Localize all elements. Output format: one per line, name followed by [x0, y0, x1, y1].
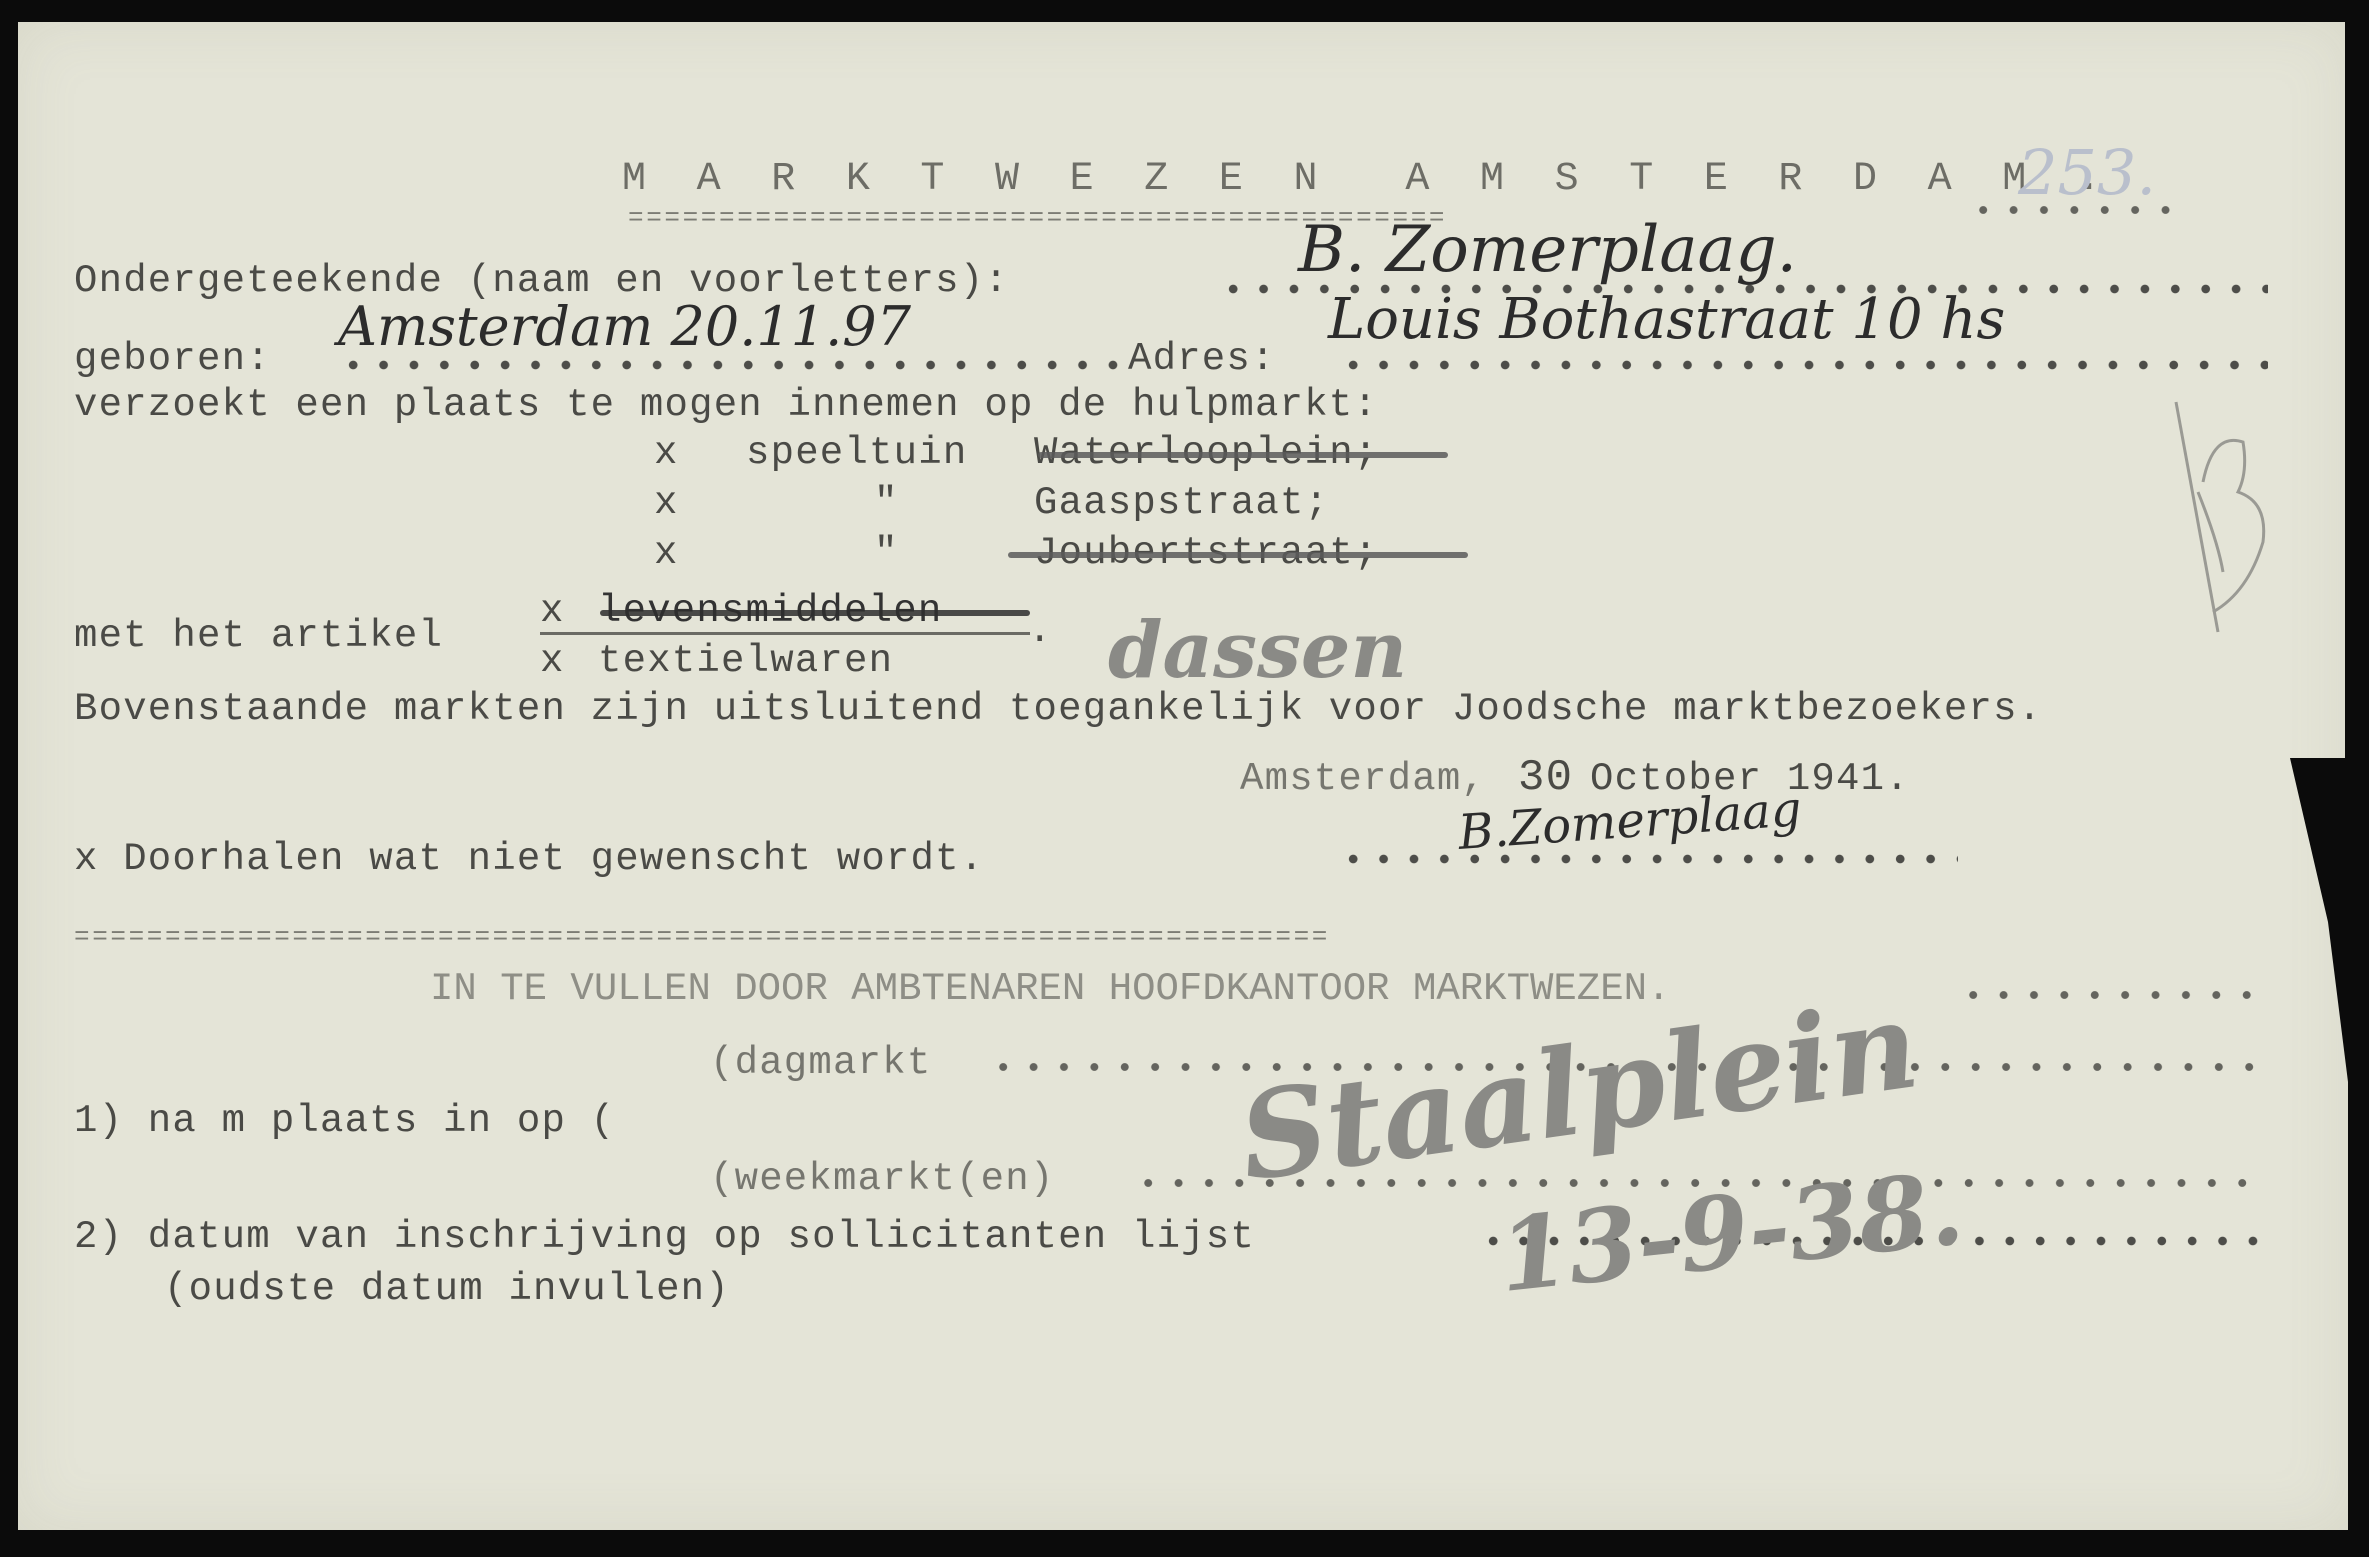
signature[interactable]: B.Zomerplaag: [1457, 785, 1803, 857]
document-paper: M A R K T W E Z E N A M S T E R D A M . …: [18, 22, 2348, 1530]
request-intro: verzoekt een plaats te mogen innemen op …: [74, 386, 1378, 425]
weekmarkt-label: (weekmarkt(en): [710, 1160, 1054, 1199]
born-label: geboren:: [74, 340, 271, 379]
market-1-prefix: speeltuin: [746, 434, 967, 473]
place-label: Amsterdam,: [1240, 760, 1486, 799]
article-2-mark: x: [540, 642, 565, 681]
section-separator: ========================================…: [74, 924, 2274, 950]
strike-note: x Doorhalen wat niet gewenscht wordt.: [74, 840, 984, 879]
office-heading: IN TE VULLEN DOOR AMBTENAREN HOOFDKANTOO…: [430, 970, 1670, 1009]
born-value[interactable]: Amsterdam 20.11.97: [338, 300, 911, 354]
address-value[interactable]: Louis Bothastraat 10 hs: [1328, 292, 2005, 348]
item-2-sublabel: (oudste datum invullen): [164, 1270, 730, 1309]
market-2-mark: x: [654, 484, 679, 523]
article-fraction-line: [540, 632, 1030, 635]
article-label: met het artikel: [74, 617, 443, 656]
article-1-mark: x: [540, 592, 565, 631]
born-field-dots: [338, 360, 1118, 370]
date-day[interactable]: 30: [1518, 756, 1573, 800]
document-title: M A R K T W E Z E N A M S T E R D A M .: [622, 160, 2114, 200]
name-value[interactable]: B. Zomerplaag.: [1298, 218, 1797, 282]
archive-number: 253.: [2018, 142, 2156, 204]
article-period: .: [1028, 612, 1053, 651]
office-heading-dots: [1958, 990, 2268, 1000]
address-label: Adres:: [1128, 340, 1276, 379]
market-3-strikethrough: [1008, 552, 1468, 558]
article-2-name: textielwaren: [598, 642, 893, 681]
notice-text: Bovenstaande markten zijn uitsluitend to…: [74, 690, 2042, 729]
market-2-prefix: ": [874, 484, 899, 523]
market-1-strikethrough: [1038, 452, 1448, 458]
market-3-mark: x: [654, 534, 679, 573]
address-field-dots: [1338, 360, 2268, 370]
dagmarkt-label: (dagmarkt: [710, 1044, 931, 1083]
market-2-name: Gaaspstraat;: [1034, 484, 1329, 523]
margin-b-mark-icon: [2168, 392, 2288, 662]
market-3-prefix: ": [874, 534, 899, 573]
article-1-strikethrough: [600, 610, 1030, 616]
market-1-mark: x: [654, 434, 679, 473]
signature-dots: [1338, 854, 1958, 864]
title-dots: [1968, 205, 2188, 215]
item-1-label: 1) na m plaats in op (: [74, 1102, 615, 1141]
item-2-label: 2) datum van inschrijving op sollicitant…: [74, 1218, 1255, 1257]
article-handwritten[interactable]: dassen: [1108, 612, 1407, 690]
